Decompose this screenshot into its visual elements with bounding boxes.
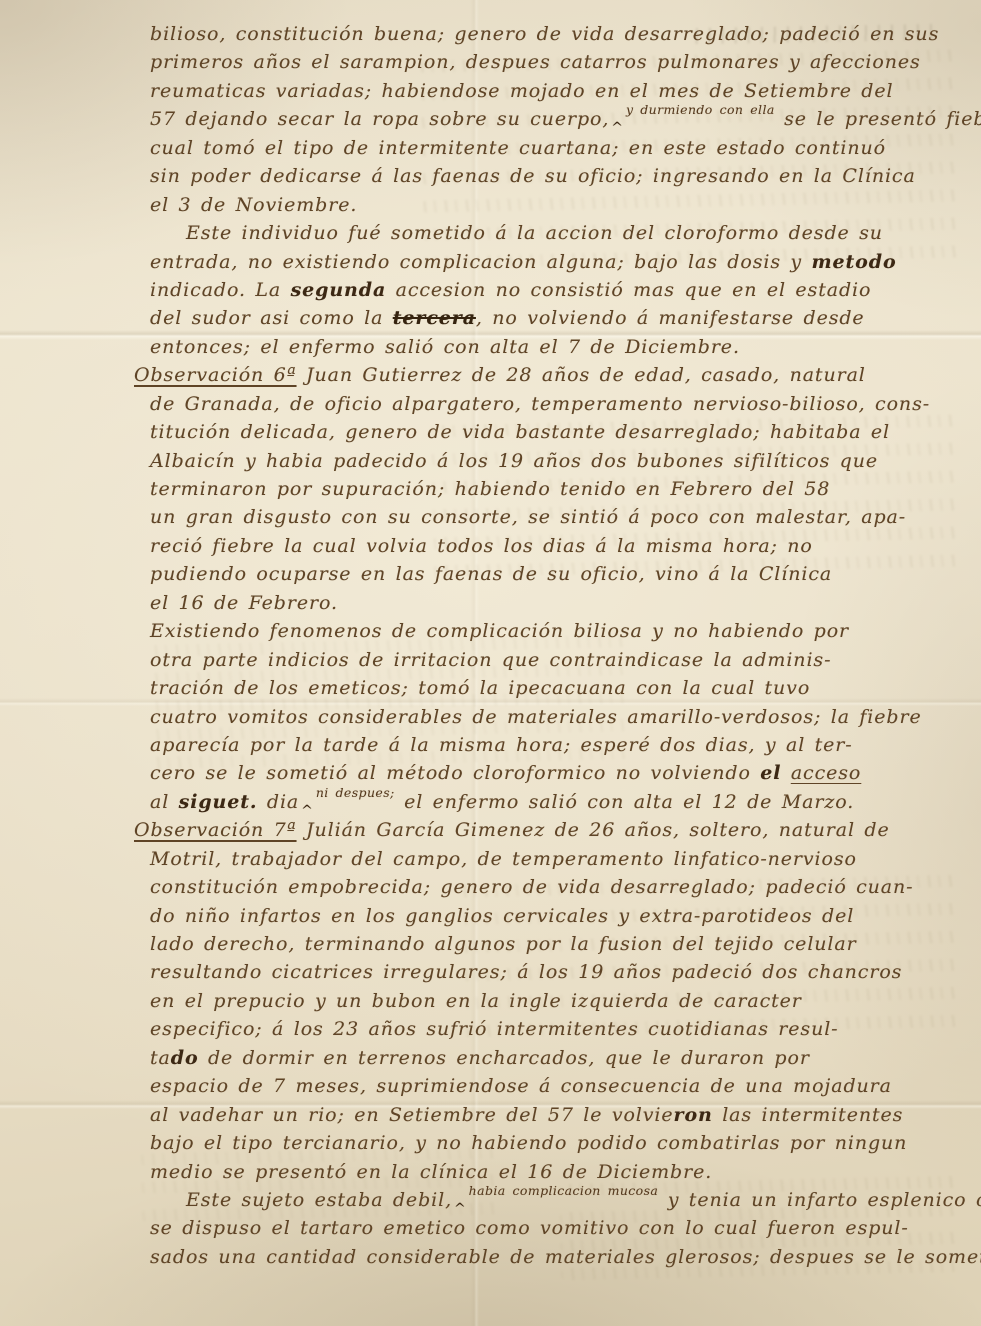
text-segment: Julián García Gimenez de 26 años, solter… — [297, 819, 890, 841]
interline-insertion: habia complicacion mucosa — [469, 1186, 659, 1196]
manuscript-line: al siguet. dia^ni despues; el enfermo sa… — [150, 788, 981, 816]
manuscript-line: del sudor asi como la tercera, no volvie… — [150, 304, 981, 332]
text-segment: cuatro vomitos considerables de material… — [150, 706, 922, 728]
manuscript-line: bajo el tipo tercianario, y no habiendo … — [150, 1129, 981, 1157]
corrected-text: metodo — [812, 251, 897, 273]
manuscript-line: un gran disgusto con su consorte, se sin… — [150, 503, 981, 531]
manuscript-line: pudiendo ocuparse en las faenas de su of… — [150, 560, 981, 588]
manuscript-line: titución delicada, genero de vida bastan… — [150, 418, 981, 446]
text-segment: constitución empobrecida; genero de vida… — [150, 876, 913, 898]
text-segment: aparecía por la tarde á la misma hora; e… — [150, 734, 853, 756]
text-segment: de Granada, de oficio alpargatero, tempe… — [150, 393, 930, 415]
text-segment: Existiendo fenomenos de complicación bil… — [150, 620, 849, 642]
text-segment: primeros años el sarampion, despues cata… — [150, 51, 921, 73]
manuscript-line: medio se presentó en la clínica el 16 de… — [150, 1158, 981, 1186]
text-segment: , no volviendo á manifestarse desde — [476, 307, 865, 329]
insertion-caret-icon: ^ — [454, 1195, 467, 1223]
manuscript-line: cuatro vomitos considerables de material… — [150, 703, 981, 731]
manuscript-text: bilioso, constitución buena; genero de v… — [150, 20, 981, 1271]
text-segment: cero se le sometió al método cloroformic… — [150, 762, 760, 784]
manuscript-line: Albaicín y habia padecido á los 19 años … — [150, 447, 981, 475]
text-segment: bilioso, constitución buena; genero de v… — [150, 23, 939, 45]
observation-heading: Observación 6ª — [134, 364, 297, 386]
manuscript-line: el 3 de Noviembre. — [150, 191, 981, 219]
text-segment: especifico; á los 23 años sufrió intermi… — [150, 1018, 839, 1040]
text-segment: de dormir en terrenos encharcados, que l… — [199, 1047, 810, 1069]
manuscript-line: Observación 7ª Julián García Gimenez de … — [134, 816, 981, 844]
text-segment: 57 dejando secar la ropa sobre su cuerpo… — [150, 108, 609, 130]
manuscript-line: Este sujeto estaba debil,^habia complica… — [150, 1186, 981, 1214]
manuscript-line: terminaron por supuración; habiendo teni… — [150, 475, 981, 503]
manuscript-line: otra parte indicios de irritacion que co… — [150, 646, 981, 674]
manuscript-line: cual tomó el tipo de intermitente cuarta… — [150, 134, 981, 162]
manuscript-line: reció fiebre la cual volvia todos los di… — [150, 532, 981, 560]
manuscript-line: aparecía por la tarde á la misma hora; e… — [150, 731, 981, 759]
manuscript-line: do niño infartos en los ganglios cervica… — [150, 902, 981, 930]
manuscript-line: espacio de 7 meses, suprimiendose á cons… — [150, 1072, 981, 1100]
manuscript-line: lado derecho, terminando algunos por la … — [150, 930, 981, 958]
text-segment: sin poder dedicarse á las faenas de su o… — [150, 165, 916, 187]
underlined-text: acceso — [791, 762, 861, 784]
text-segment: otra parte indicios de irritacion que co… — [150, 649, 831, 671]
text-segment — [781, 762, 790, 784]
manuscript-line: entonces; el enfermo salió con alta el 7… — [150, 333, 981, 361]
manuscript-line: constitución empobrecida; genero de vida… — [150, 873, 981, 901]
manuscript-line: al vadehar un rio; en Setiembre del 57 l… — [150, 1101, 981, 1129]
manuscript-line: primeros años el sarampion, despues cata… — [150, 48, 981, 76]
text-segment: pudiendo ocuparse en las faenas de su of… — [150, 563, 832, 585]
text-segment: entrada, no existiendo complicacion algu… — [150, 251, 812, 273]
manuscript-page: bilioso, constitución buena; genero de v… — [0, 0, 981, 1326]
text-segment: espacio de 7 meses, suprimiendose á cons… — [150, 1075, 892, 1097]
insertion-caret-icon: ^ — [301, 797, 314, 825]
text-segment: Juan Gutierrez de 28 años de edad, casad… — [297, 364, 866, 386]
text-segment: al — [150, 791, 179, 813]
text-segment: y tenia un infarto esplenico considerabl… — [658, 1189, 981, 1211]
text-segment: sados una cantidad considerable de mater… — [150, 1246, 981, 1268]
text-segment: del sudor asi como la — [150, 307, 393, 329]
manuscript-line: Existiendo fenomenos de complicación bil… — [150, 617, 981, 645]
text-segment: se dispuso el tartaro emetico como vomit… — [150, 1217, 909, 1239]
manuscript-line: 57 dejando secar la ropa sobre su cuerpo… — [150, 105, 981, 133]
text-segment: Este individuo fué sometido á la accion … — [186, 222, 883, 244]
manuscript-line: tración de los emeticos; tomó la ipecacu… — [150, 674, 981, 702]
manuscript-line: sin poder dedicarse á las faenas de su o… — [150, 162, 981, 190]
text-segment: titución delicada, genero de vida bastan… — [150, 421, 890, 443]
text-segment: bajo el tipo tercianario, y no habiendo … — [150, 1132, 907, 1154]
interline-insertion: y durmiendo con ella — [626, 105, 775, 115]
manuscript-line: cero se le sometió al método cloroformic… — [150, 759, 981, 787]
manuscript-line: bilioso, constitución buena; genero de v… — [150, 20, 981, 48]
manuscript-line: entrada, no existiendo complicacion algu… — [150, 248, 981, 276]
text-segment: el 16 de Febrero. — [150, 592, 338, 614]
manuscript-line: Motril, trabajador del campo, de tempera… — [150, 845, 981, 873]
text-segment: al vadehar un rio; en Setiembre del 57 l… — [150, 1104, 674, 1126]
text-segment: Albaicín y habia padecido á los 19 años … — [150, 450, 878, 472]
text-segment: indicado. La — [150, 279, 291, 301]
corrected-text: do — [171, 1047, 199, 1069]
manuscript-line: el 16 de Febrero. — [150, 589, 981, 617]
text-segment: reció fiebre la cual volvia todos los di… — [150, 535, 813, 557]
text-segment: ta — [150, 1047, 171, 1069]
text-segment: reumaticas variadas; habiendose mojado e… — [150, 80, 893, 102]
text-segment: las intermitentes — [713, 1104, 904, 1126]
insertion-caret-icon: ^ — [611, 114, 624, 142]
manuscript-line: reumaticas variadas; habiendose mojado e… — [150, 77, 981, 105]
text-segment: medio se presentó en la clínica el 16 de… — [150, 1161, 712, 1183]
corrected-text: el — [760, 762, 781, 784]
text-segment: tración de los emeticos; tomó la ipecacu… — [150, 677, 810, 699]
text-segment: Motril, trabajador del campo, de tempera… — [150, 848, 857, 870]
text-segment: lado derecho, terminando algunos por la … — [150, 933, 857, 955]
manuscript-line: tado de dormir en terrenos encharcados, … — [150, 1044, 981, 1072]
text-segment: cual tomó el tipo de intermitente cuarta… — [150, 137, 886, 159]
observation-heading: Observación 7ª — [134, 819, 297, 841]
text-segment: en el prepucio y un bubon en la ingle iz… — [150, 990, 802, 1012]
text-segment: se le presentó fiebre, la — [775, 108, 981, 130]
text-segment: accesion no consistió mas que en el esta… — [386, 279, 871, 301]
manuscript-line: especifico; á los 23 años sufrió intermi… — [150, 1015, 981, 1043]
corrected-text: siguet. — [179, 791, 258, 813]
text-segment: do niño infartos en los ganglios cervica… — [150, 905, 854, 927]
manuscript-line: Observación 6ª Juan Gutierrez de 28 años… — [134, 361, 981, 389]
interline-insertion: ni despues; — [316, 788, 395, 798]
manuscript-line: se dispuso el tartaro emetico como vomit… — [150, 1214, 981, 1242]
text-segment: entonces; el enfermo salió con alta el 7… — [150, 336, 740, 358]
strikethrough-text: tercera — [393, 307, 476, 329]
text-segment: el 3 de Noviembre. — [150, 194, 357, 216]
text-segment: un gran disgusto con su consorte, se sin… — [150, 506, 906, 528]
corrected-text: ron — [674, 1104, 713, 1126]
manuscript-line: resultando cicatrices irregulares; á los… — [150, 958, 981, 986]
manuscript-line: de Granada, de oficio alpargatero, tempe… — [150, 390, 981, 418]
corrected-text: segunda — [291, 279, 387, 301]
text-segment: dia — [257, 791, 299, 813]
manuscript-line: en el prepucio y un bubon en la ingle iz… — [150, 987, 981, 1015]
manuscript-line: Este individuo fué sometido á la accion … — [150, 219, 981, 247]
text-segment: resultando cicatrices irregulares; á los… — [150, 961, 902, 983]
text-segment: el enfermo salió con alta el 12 de Marzo… — [395, 791, 855, 813]
manuscript-line: indicado. La segunda accesion no consist… — [150, 276, 981, 304]
text-segment: Este sujeto estaba debil, — [186, 1189, 452, 1211]
text-segment: terminaron por supuración; habiendo teni… — [150, 478, 830, 500]
manuscript-line: sados una cantidad considerable de mater… — [150, 1243, 981, 1271]
